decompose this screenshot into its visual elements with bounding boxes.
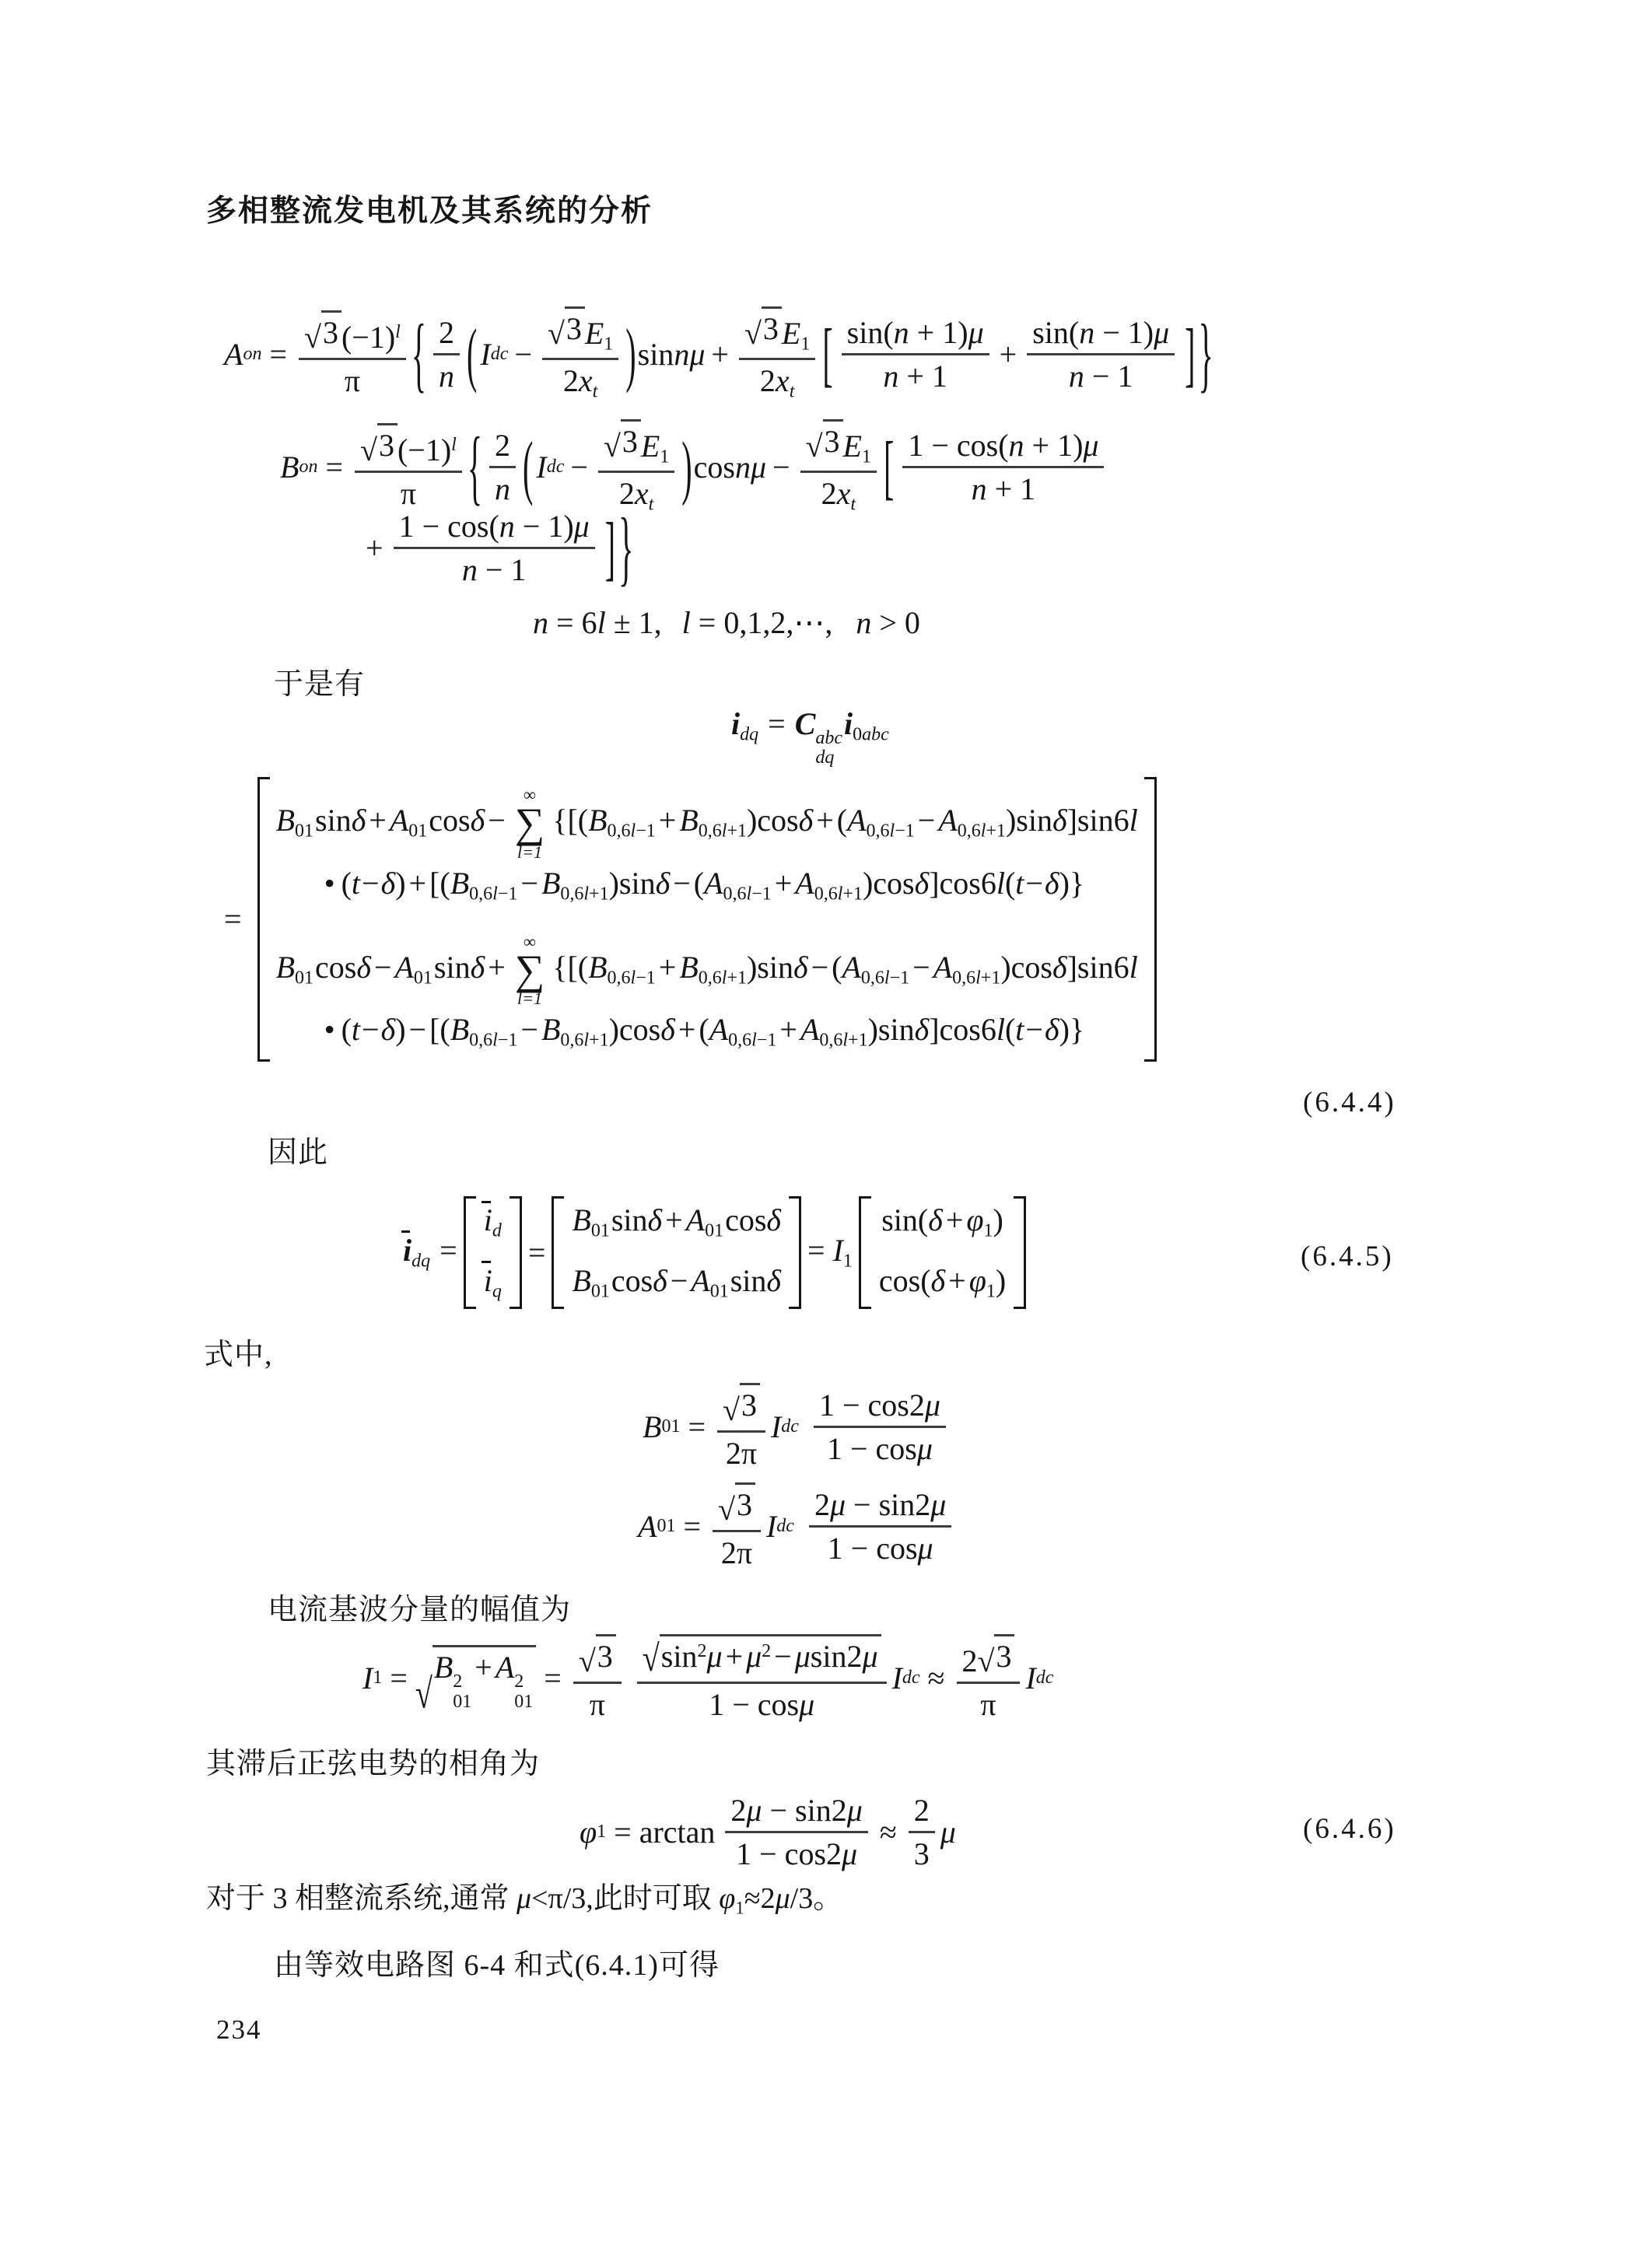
- matrix-left-bracket: [257, 777, 270, 1061]
- matrix-right-bracket: [1144, 777, 1157, 1061]
- vector-row-cos: cos(δ+φ1): [879, 1263, 1006, 1303]
- equation-a0n: Aon=√3(−1)lπ{2n(Idc−√3E12xt)sinnμ+√3E12x…: [224, 307, 1215, 402]
- paragraph-qizhihou: 其滞后正弦电势的相角为: [206, 1739, 540, 1782]
- equation-a01: A01=√32πIdc2μ − sin2μ1 − cosμ: [638, 1484, 955, 1570]
- vector-row-bcos: B01cosδ−A01sinδ: [572, 1263, 781, 1303]
- vector-row-sin: sin(δ+φ1): [881, 1202, 1003, 1242]
- equation-644-matrix: = B01sinδ+A01cosδ−∞∑l=1{[(B0,6l−1+B0,6l+…: [224, 772, 1157, 1066]
- equation-idq-transform: idq=Cabcdqi0abc: [731, 706, 889, 768]
- paragraph-yinci: 因此: [268, 1128, 328, 1171]
- equation-b0n: Bon=√3(−1)lπ{2n(Idc−√3E12xt)cosnμ−√3E12x…: [280, 418, 1108, 516]
- vector-left-bracket: [552, 1196, 564, 1309]
- book-page: 多相整流发电机及其系统的分析 Aon=√3(−1)lπ{2n(Idc−√3E12…: [0, 0, 1625, 2268]
- equation-phi1: φ1=arctan2μ − sin2μ1 − cos2μ≈23μ: [580, 1791, 956, 1873]
- equals-i1: =I1: [807, 1233, 853, 1272]
- equation-number-645: (6.4.5): [1301, 1240, 1394, 1273]
- equation-645: idq= id iq = B01sinδ+A01cosδ B01cosδ−A01…: [403, 1200, 1032, 1305]
- vector-right-bracket: [789, 1196, 801, 1309]
- vector-ba: B01sinδ+A01cosδ B01cosδ−A01sinδ: [552, 1196, 801, 1309]
- matrix-row2-line1: B01cosδ−A01sinδ+∞∑l=1{[(B0,6l−1+B0,6l+1)…: [276, 933, 1138, 1007]
- equation-number-644: (6.4.4): [1303, 1086, 1396, 1119]
- equation-n-range: n = 6l ± 1,l = 0,1,2,⋯,n > 0: [533, 605, 920, 641]
- matrix-row2-line2: •(t−δ)−[(B0,6l−1−B0,6l+1)cosδ+(A0,6l−1+A…: [276, 1012, 1138, 1052]
- equation-b01: B01=√32πIdc1 − cos2μ1 − cosμ: [643, 1384, 950, 1470]
- idq-lhs: idq=: [403, 1233, 457, 1272]
- equation-i1-amplitude: I1=√B201+A201=√3π√sin2μ+μ2−μsin2μ1 − cos…: [362, 1632, 1053, 1725]
- vector-row-bsin: B01sinδ+A01cosδ: [572, 1202, 781, 1242]
- equals-sign: =: [224, 901, 242, 937]
- vector-id: id: [484, 1202, 502, 1242]
- page-number: 234: [216, 2014, 262, 2046]
- equation-number-646: (6.4.6): [1303, 1812, 1396, 1846]
- matrix-row1-line2: •(t−δ)+[(B0,6l−1−B0,6l+1)sinδ−(A0,6l−1+A…: [276, 866, 1138, 905]
- vector-right-bracket: [510, 1196, 522, 1309]
- paragraph-shizhong: 式中,: [204, 1330, 273, 1373]
- matrix-row1-line1: B01sinδ+A01cosδ−∞∑l=1{[(B0,6l−1+B0,6l+1)…: [276, 786, 1138, 860]
- paragraph-youdengxiao: 由等效电路图 6-4 和式(6.4.1)可得: [274, 1941, 720, 1983]
- matrix-column: B01sinδ+A01cosδ−∞∑l=1{[(B0,6l−1+B0,6l+1)…: [270, 777, 1144, 1061]
- running-header: 多相整流发电机及其系统的分析: [206, 187, 653, 230]
- paragraph-duiyu: 对于 3 相整流系统,通常 μ<π/3,此时可取 φ1≈2μ/3。: [206, 1882, 842, 1918]
- equation-b0n-continuation: +1 − cos(n − 1)μn − 1]}: [366, 509, 635, 587]
- paragraph-dianliu: 电流基波分量的幅值为: [268, 1585, 571, 1628]
- matrix: B01sinδ+A01cosδ−∞∑l=1{[(B0,6l−1+B0,6l+1)…: [257, 777, 1157, 1061]
- vector-right-bracket: [1014, 1196, 1026, 1309]
- vector-sincos: sin(δ+φ1) cos(δ+φ1): [859, 1196, 1026, 1309]
- equals-sign: =: [528, 1235, 546, 1271]
- vector-iq: iq: [484, 1263, 502, 1303]
- vector-left-bracket: [859, 1196, 871, 1309]
- paragraph-yushiyou: 于是有: [274, 660, 365, 702]
- vector-idq: id iq: [464, 1196, 522, 1309]
- vector-left-bracket: [464, 1196, 476, 1309]
